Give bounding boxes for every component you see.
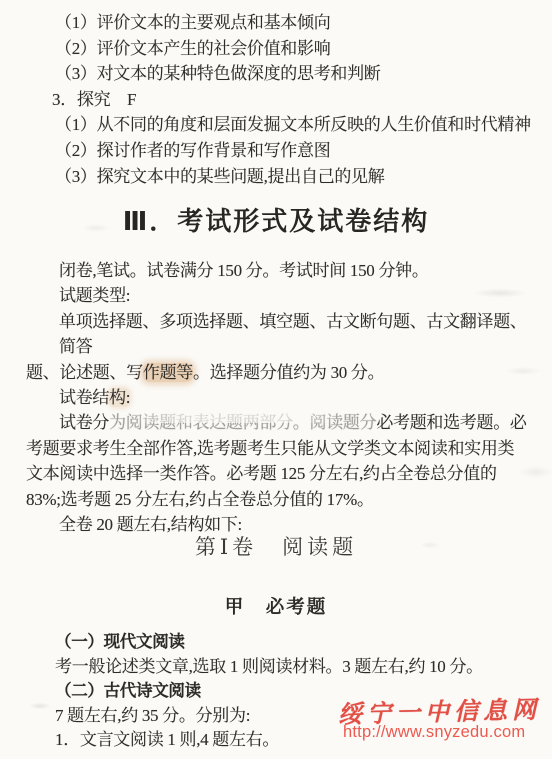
body-paragraphs: 闭卷,笔试。试卷满分 150 分。考试时间 150 分钟。 试题类型: 单项选择… (26, 258, 528, 537)
text-segment: 必考题和选考题。必 (376, 413, 526, 432)
line-classical-reading-item: 1．文言文阅读 1 则,4 题左右。 (55, 728, 525, 753)
line-modern-reading-desc: 考一般论述类文章,选取 1 则阅读材料。3 题左右,约 10 分。 (55, 655, 525, 680)
orange-smudge-highlight: 作题等 (143, 363, 193, 382)
list-item-explore: 3．探究 F (52, 87, 538, 113)
list-item: （3）对文本的某种特色做深度的思考和判断 (55, 61, 538, 87)
faded-scan-text: 为阅读题和表达题两部分。阅读题分 (109, 413, 376, 432)
text-line: 83%;选考题 25 分左右,约占全卷总分值的 17%。 (26, 487, 528, 512)
text-line: 试题类型: (26, 283, 528, 308)
intro-list: （1）评价文本的主要观点和基本倾向 （2）评价文本产生的社会价值和影响 （3）对… (55, 10, 538, 189)
text-line: 考题要求考生全部作答,选考题考生只能从文学类文本阅读和实用类 (26, 436, 528, 461)
list-item: （2）评价文本产生的社会价值和影响 (55, 36, 538, 62)
required-questions-heading: 甲 必考题 (0, 593, 552, 619)
text-segment: 试卷结 (59, 388, 109, 407)
list-item: （2）探讨作者的写作背景和写作意图 (55, 138, 538, 164)
text-line-with-smudge: 试卷结构: (26, 385, 528, 410)
text-line-with-smudge: 题、论述题、写作题等。选择题分值约为 30 分。 (26, 360, 528, 385)
text-line-faded: 试卷分为阅读题和表达题两部分。阅读题分必考题和选考题。必 (26, 410, 528, 435)
text-line: 文本阅读中选择一类作答。必考题 125 分左右,约占全卷总分值的 (26, 461, 528, 486)
text-segment: 。选择题分值约为 30 分。 (193, 363, 384, 382)
list-item: （1）评价文本的主要观点和基本倾向 (55, 10, 538, 36)
heading-ancient-poetry-reading: （二）古代诗文阅读 (55, 679, 525, 704)
text-line: 单项选择题、多项选择题、填空题、古文断句题、古文翻译题、简答 (26, 309, 528, 360)
scanned-exam-page: （1）评价文本的主要观点和基本倾向 （2）评价文本产生的社会价值和影响 （3）对… (0, 0, 552, 759)
outline-section: （一）现代文阅读 考一般论述类文章,选取 1 则阅读材料。3 题左右,约 10 … (55, 630, 525, 753)
heading-modern-text-reading: （一）现代文阅读 (55, 630, 525, 655)
orange-smudge-highlight: 构: (109, 388, 130, 407)
section-title: Ⅲ．考试形式及试卷结构 (0, 201, 552, 238)
list-item: （3）探究文本中的某些问题,提出自己的见解 (55, 164, 538, 190)
text-line: 闭卷,笔试。试卷满分 150 分。考试时间 150 分钟。 (26, 258, 528, 283)
list-item: （1）从不同的角度和层面发掘文本所反映的人生价值和时代精神 (55, 112, 538, 138)
line-ancient-reading-desc: 7 题左右,约 35 分。分别为: (55, 704, 525, 729)
part-one-heading: 第Ⅰ卷 阅读题 (0, 531, 552, 561)
text-segment: 试卷分 (59, 413, 109, 432)
text-segment: 题、论述题、写 (26, 363, 143, 382)
